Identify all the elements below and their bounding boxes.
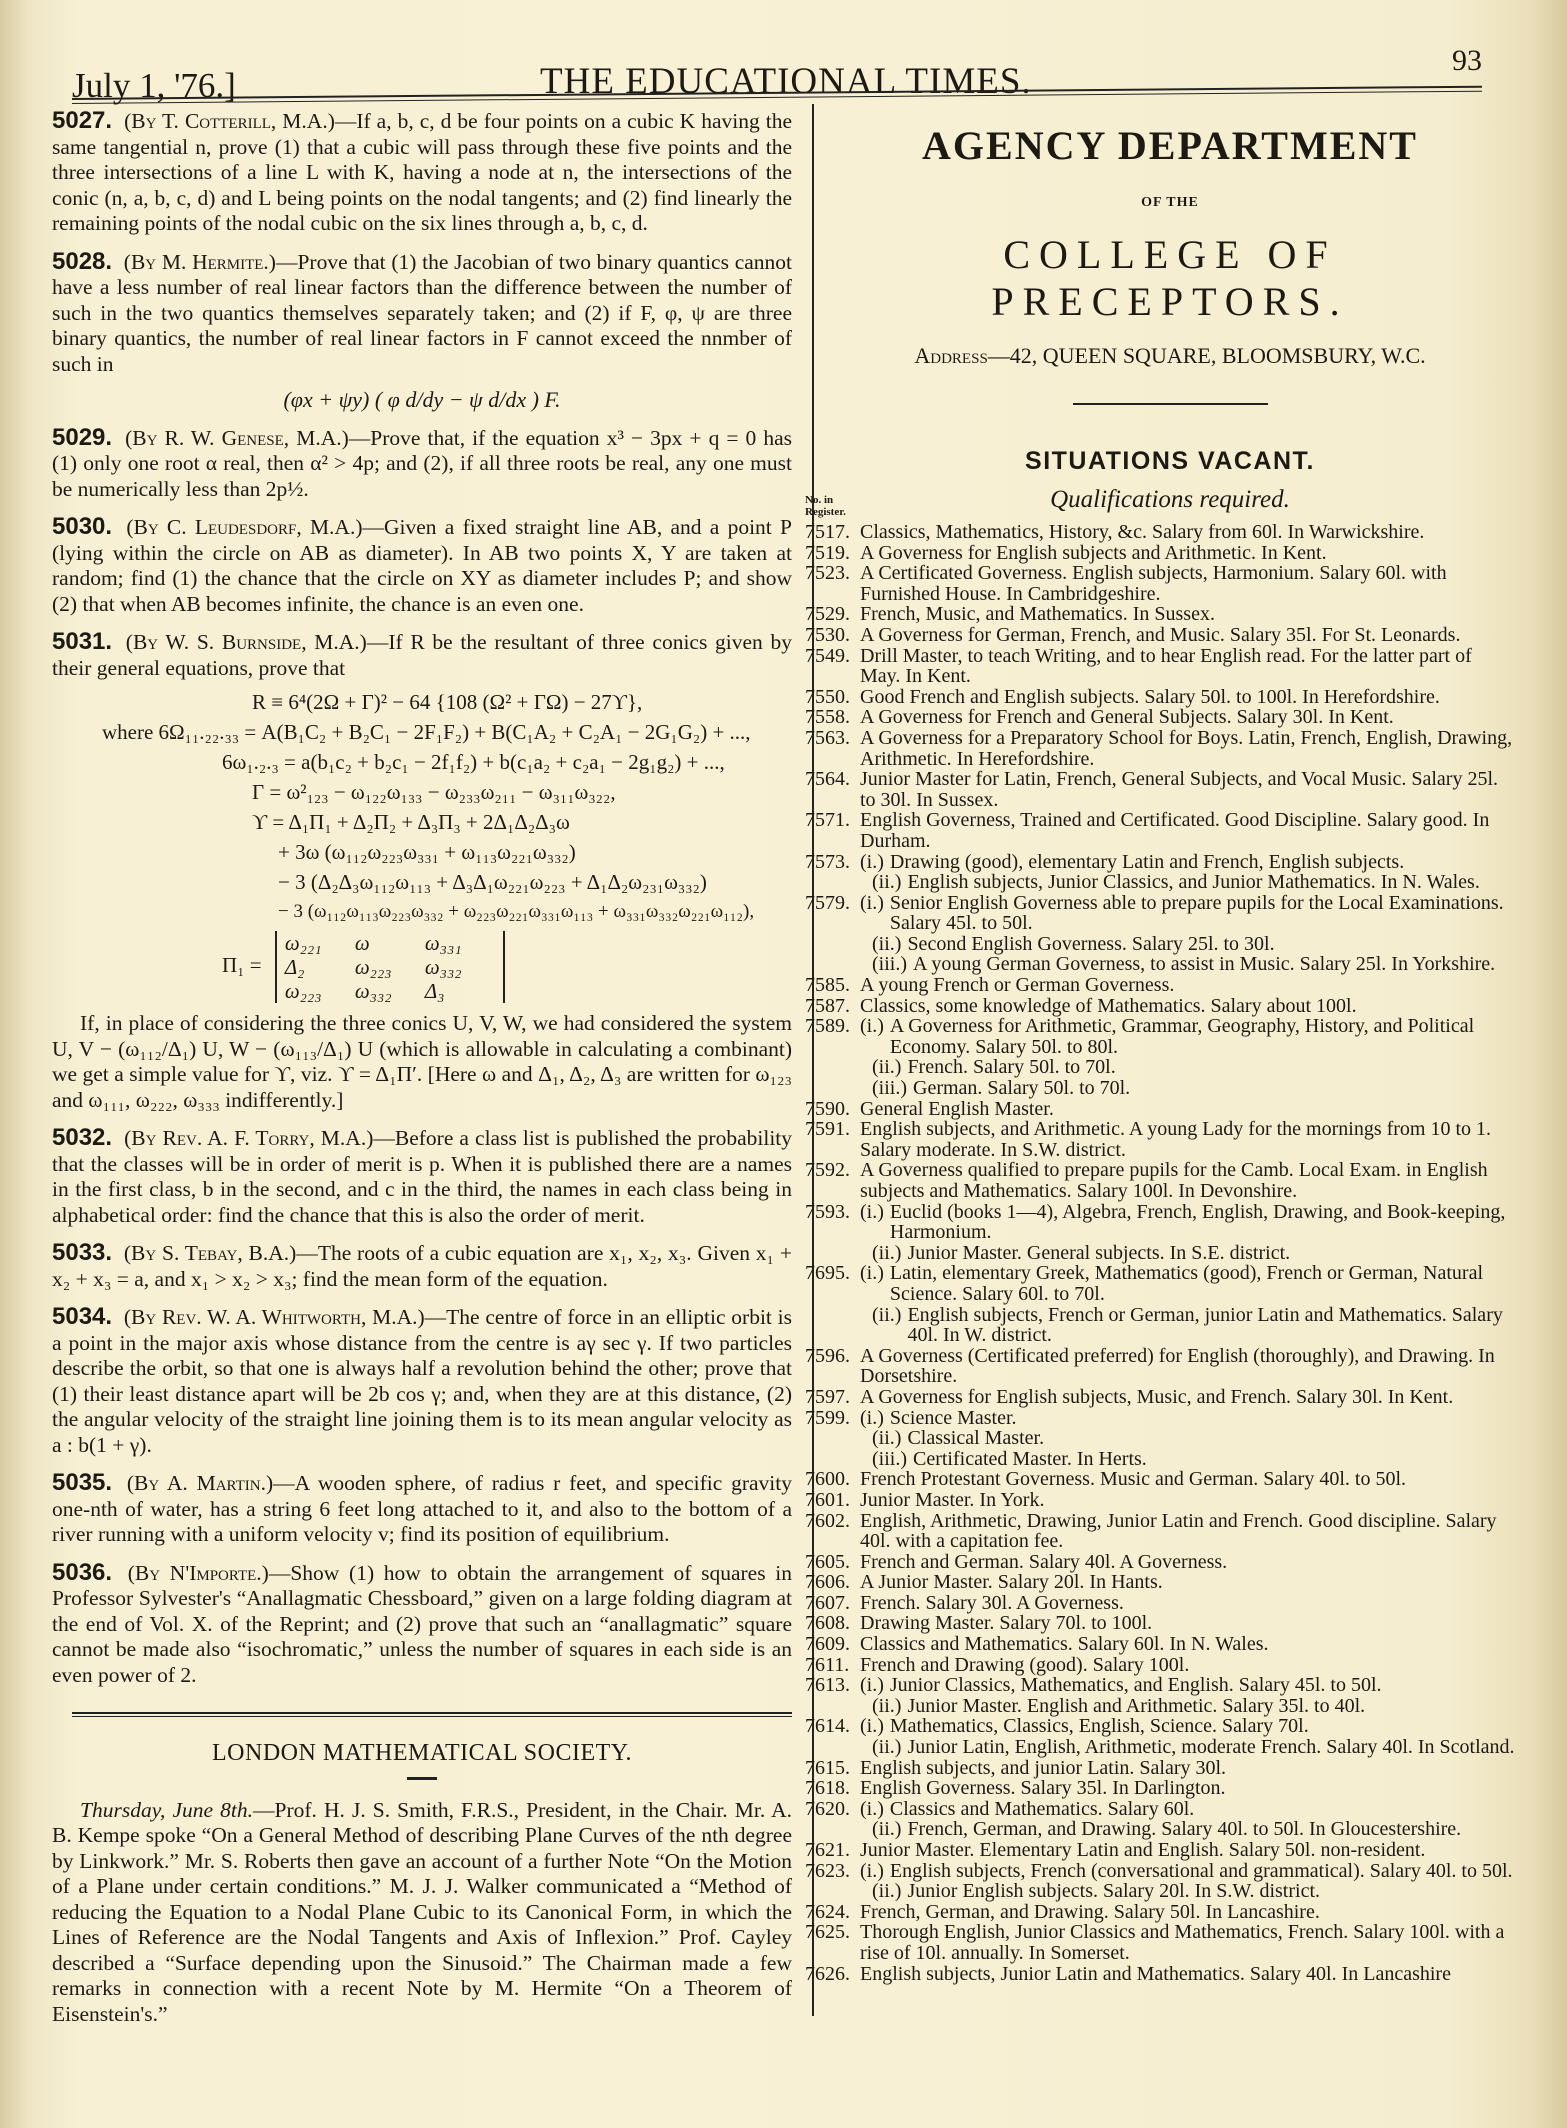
problem-number: 5035. [52,1469,112,1496]
register-number: 7621. [805,1840,860,1861]
subentry-label: (i.) [860,1716,884,1737]
equation-line: Γ = ω²₁₂₃ − ω₁₂₂ω₁₃₃ − ω₂₃₃ω₂₁₁ − ω₃₁₁ω₃… [52,777,792,807]
register-number: 7529. [805,604,860,625]
problem-note: If, in place of considering the three co… [52,1011,792,1113]
problem-author: (By R. W. Genese, M.A.) [125,426,349,450]
listing-entry: 7592.A Governess qualified to prepare pu… [805,1160,1515,1201]
listing-body: (i.)Science Master.(ii.)Classical Master… [860,1408,1515,1470]
subentry-label: (i.) [860,1861,884,1882]
listing-entry: 7530.A Governess for German, French, and… [805,625,1515,646]
register-number: 7606. [805,1572,860,1593]
agency-heading: AGENCY DEPARTMENT [825,122,1515,169]
listing-text: French and Drawing (good). Salary 100l. [860,1655,1515,1676]
page-number: 93 [1452,44,1482,78]
problem-5032: 5032. (By Rev. A. F. Torry, M.A.)—Before… [52,1125,792,1228]
listing-entry: 7607.French. Salary 30l. A Governess. [805,1593,1515,1614]
subentry-label: (ii.) [872,1428,901,1449]
register-number: 7589. [805,1016,860,1098]
listing-text: Drill Master, to teach Writing, and to h… [860,646,1515,687]
register-number: 7587. [805,996,860,1017]
listing-text: English subjects, Junior Latin and Mathe… [860,1964,1515,1985]
listing-entry: 7605.French and German. Salary 40l. A Go… [805,1552,1515,1573]
college-heading: COLLEGE OF PRECEPTORS. [825,231,1515,325]
problem-number: 5031. [52,628,112,655]
matrix-cell: Δ₂ [285,955,355,979]
problem-number: 5028. [52,248,112,275]
register-number: 7523. [805,563,860,604]
listing-body: (i.)Euclid (books 1—4), Algebra, French,… [860,1202,1515,1264]
listing-text: English subjects, and junior Latin. Sala… [860,1758,1515,1779]
subentry-text: English subjects, French (conversational… [890,1861,1513,1882]
register-number: 7600. [805,1469,860,1490]
matrix-cell: ω₃₃₂ [425,955,495,979]
problem-5034: 5034. (By Rev. W. A. Whitworth, M.A.)—Th… [52,1304,792,1458]
address-label: Address [914,343,987,368]
listing-body: French Protestant Governess. Music and G… [860,1469,1515,1490]
listing-body: Drill Master, to teach Writing, and to h… [860,646,1515,687]
problem-5033: 5033. (By S. Tebay, B.A.)—The roots of a… [52,1240,792,1292]
subentry-label: (ii.) [872,1696,901,1717]
listing-entry: 7599.(i.)Science Master.(ii.)Classical M… [805,1408,1515,1470]
listing-entry: 7602.English, Arithmetic, Drawing, Junio… [805,1511,1515,1552]
listing-body: Classics and Mathematics. Salary 60l. In… [860,1634,1515,1655]
subentry-text: French. Salary 50l. to 70l. [907,1057,1115,1078]
problem-number: 5034. [52,1303,112,1330]
listing-entry: 7611.French and Drawing (good). Salary 1… [805,1655,1515,1676]
address-line: Address—42, QUEEN SQUARE, BLOOMSBURY, W.… [825,343,1515,369]
listing-entry: 7695.(i.)Latin, elementary Greek, Mathem… [805,1263,1515,1345]
listing-subentry: (iii.)A young German Governess, to assis… [860,954,1515,975]
listing-text: Junior Master. In York. [860,1490,1515,1511]
register-number: 7602. [805,1511,860,1552]
listing-body: Thorough English, Junior Classics and Ma… [860,1922,1515,1963]
listing-body: A Governess for French and General Subje… [860,707,1515,728]
listing-subentry: (i.)Latin, elementary Greek, Mathematics… [860,1263,1515,1304]
problem-author: (By C. Leudesdorf, M.A.) [126,515,362,539]
subentry-label: (i.) [860,1675,884,1696]
listing-entry: 7597.A Governess for English subjects, M… [805,1387,1515,1408]
register-number: 7618. [805,1778,860,1799]
subentry-text: English subjects, French or German, juni… [907,1305,1515,1346]
register-number: 7517. [805,522,860,543]
register-number: 7609. [805,1634,860,1655]
meeting-text: —Prof. H. J. S. Smith, F.R.S., President… [52,1798,792,2026]
listing-entry: 7591.English subjects, and Arithmetic. A… [805,1119,1515,1160]
register-number: 7615. [805,1758,860,1779]
listing-subentry: (ii.)Classical Master. [860,1428,1515,1449]
listing-entry: 7587.Classics, some knowledge of Mathema… [805,996,1515,1017]
determinant-matrix: ω₂₂₁ ω ω₃₃₁ Δ₂ ω₂₂₃ ω₃₃₂ ω₂₂₃ ω₃₃₂ Δ₃ [275,931,505,1003]
listing-text: English Governess, Trained and Certifica… [860,810,1515,851]
listing-body: A Governess qualified to prepare pupils … [860,1160,1515,1201]
subentry-label: (ii.) [872,1881,901,1902]
subentry-label: (i.) [860,893,884,934]
listing-entry: 7517.Classics, Mathematics, History, &c.… [805,522,1515,543]
listing-text: A Governess for French and General Subje… [860,707,1515,728]
listing-entry: 7606.A Junior Master. Salary 20l. In Han… [805,1572,1515,1593]
matrix-cell: ω₂₂₃ [285,979,355,1003]
register-number: 7590. [805,1099,860,1120]
problem-5035: 5035. (By A. Martin.)—A wooden sphere, o… [52,1470,792,1548]
listing-subentry: (i.)Drawing (good), elementary Latin and… [860,852,1515,873]
listing-entry: 7615.English subjects, and junior Latin.… [805,1758,1515,1779]
listing-text: English subjects, and Arithmetic. A youn… [860,1119,1515,1160]
subentry-text: Classics and Mathematics. Salary 60l. [890,1799,1194,1820]
problem-author: (By Rev. W. A. Whitworth, M.A.) [124,1305,425,1329]
equation-line: where 6Ω₁₁.₂₂.₃₃ = A(B₁C₂ + B₂C₁ − 2F₁F₂… [52,717,792,747]
subentry-label: (ii.) [872,1243,901,1264]
listing-subentry: (ii.)Junior Master. General subjects. In… [860,1243,1515,1264]
society-heading: LONDON MATHEMATICAL SOCIETY. [52,1741,792,1767]
listing-entry: 7593.(i.)Euclid (books 1—4), Algebra, Fr… [805,1202,1515,1264]
subentry-label: (ii.) [872,1737,901,1758]
listing-subentry: (ii.)English subjects, French or German,… [860,1305,1515,1346]
listing-text: A Governess qualified to prepare pupils … [860,1160,1515,1201]
listing-entry: 7614.(i.)Mathematics, Classics, English,… [805,1716,1515,1757]
register-number: 7550. [805,687,860,708]
listing-text: Classics, some knowledge of Mathematics.… [860,996,1515,1017]
register-number: 7563. [805,728,860,769]
listing-entry: 7621.Junior Master. Elementary Latin and… [805,1840,1515,1861]
equation-line: 6ω₁.₂.₃ = a(b₁c₂ + b₂c₁ − 2f₁f₂) + b(c₁a… [52,747,792,777]
listing-entry: 7613.(i.)Junior Classics, Mathematics, a… [805,1675,1515,1716]
listing-body: (i.)Classics and Mathematics. Salary 60l… [860,1799,1515,1840]
subentry-text: Certificated Master. In Herts. [913,1449,1147,1470]
subentry-text: Junior Latin, English, Arithmetic, moder… [907,1737,1514,1758]
listing-text: Thorough English, Junior Classics and Ma… [860,1922,1515,1963]
listing-text: Classics, Mathematics, History, &c. Sala… [860,522,1515,543]
listing-body: French, Music, and Mathematics. In Susse… [860,604,1515,625]
matrix-cell: ω [355,931,425,955]
subentry-text: A young German Governess, to assist in M… [913,954,1495,975]
problem-5028: 5028. (By M. Hermite.)—Prove that (1) th… [52,249,792,413]
problem-number: 5029. [52,424,112,451]
register-number: 7605. [805,1552,860,1573]
subentry-text: Junior English subjects. Salary 20l. In … [907,1881,1320,1902]
subentry-text: Science Master. [890,1408,1017,1429]
listing-entry: 7519.A Governess for English subjects an… [805,543,1515,564]
problem-author: (By A. Martin.) [127,1471,273,1495]
subentry-label: (iii.) [872,1449,907,1470]
section-double-rule [72,1712,792,1717]
listing-body: Classics, some knowledge of Mathematics.… [860,996,1515,1017]
listing-body: (i.)Senior English Governess able to pre… [860,893,1515,975]
subentry-label: (iii.) [872,1078,907,1099]
subentry-text: English subjects, Junior Classics, and J… [907,872,1479,893]
listing-body: French and Drawing (good). Salary 100l. [860,1655,1515,1676]
subentry-text: Second English Governess. Salary 25l. to… [907,934,1274,955]
listing-body: English subjects, Junior Latin and Mathe… [860,1964,1515,1985]
register-number: 7623. [805,1861,860,1902]
subentry-label: (ii.) [872,1819,901,1840]
problem-5027: 5027. (By T. Cotterill, M.A.)—If a, b, c… [52,108,792,237]
short-rule [407,1777,437,1780]
listing-entry: 7523.A Certificated Governess. English s… [805,563,1515,604]
listing-entry: 7600.French Protestant Governess. Music … [805,1469,1515,1490]
subentry-text: German. Salary 50l. to 70l. [913,1078,1130,1099]
problem-number: 5033. [52,1239,112,1266]
subentry-text: Euclid (books 1—4), Algebra, French, Eng… [890,1202,1515,1243]
listing-text: English, Arithmetic, Drawing, Junior Lat… [860,1511,1515,1552]
listing-text: A Governess (Certificated preferred) for… [860,1346,1515,1387]
determinant-equation: Π₁ = ω₂₂₁ ω ω₃₃₁ Δ₂ ω₂₂₃ ω₃₃₂ ω₂₂₃ ω₃₃₂ … [52,931,792,1003]
listing-subentry: (i.)Euclid (books 1—4), Algebra, French,… [860,1202,1515,1243]
listing-body: English, Arithmetic, Drawing, Junior Lat… [860,1511,1515,1552]
subentry-text: Junior Classics, Mathematics, and Englis… [890,1675,1382,1696]
register-number: 7564. [805,769,860,810]
subentry-label: (i.) [860,1263,884,1304]
listing-body: Classics, Mathematics, History, &c. Sala… [860,522,1515,543]
listing-text: A Governess for a Preparatory School for… [860,728,1515,769]
listing-text: A Junior Master. Salary 20l. In Hants. [860,1572,1515,1593]
subentry-text: Latin, elementary Greek, Mathematics (go… [890,1263,1515,1304]
listing-entry: 7589.(i.)A Governess for Arithmetic, Gra… [805,1016,1515,1098]
listing-body: (i.)Mathematics, Classics, English, Scie… [860,1716,1515,1757]
agency-of-the: OF THE [825,195,1515,211]
listing-body: (i.)A Governess for Arithmetic, Grammar,… [860,1016,1515,1098]
register-number: 7597. [805,1387,860,1408]
equation-block: R ≡ 6⁴(2Ω + Γ)² − 64 {108 (Ω² + ΓΩ) − 27… [52,687,792,1003]
listing-subentry: (ii.)French. Salary 50l. to 70l. [860,1057,1515,1078]
subentry-text: Senior English Governess able to prepare… [890,893,1515,934]
agency-department-column: AGENCY DEPARTMENT OF THE COLLEGE OF PREC… [825,116,1515,1984]
listing-entry: 7618.English Governess. Salary 35l. In D… [805,1778,1515,1799]
equation-line: R ≡ 6⁴(2Ω + Γ)² − 64 {108 (Ω² + ΓΩ) − 27… [52,687,792,717]
listing-subentry: (ii.)Junior Latin, English, Arithmetic, … [860,1737,1515,1758]
register-number: 7558. [805,707,860,728]
listing-subentry: (ii.)Junior English subjects. Salary 20l… [860,1881,1515,1902]
subentry-label: (i.) [860,1799,884,1820]
listing-body: French and German. Salary 40l. A Governe… [860,1552,1515,1573]
listing-text: French and German. Salary 40l. A Governe… [860,1552,1515,1573]
listing-entry: 7625.Thorough English, Junior Classics a… [805,1922,1515,1963]
listing-body: Drawing Master. Salary 70l. to 100l. [860,1613,1515,1634]
register-number: 7592. [805,1160,860,1201]
listing-subentry: (ii.)English subjects, Junior Classics, … [860,872,1515,893]
register-number: 7571. [805,810,860,851]
listing-text: Good French and English subjects. Salary… [860,687,1515,708]
listing-text: Junior Master. Elementary Latin and Engl… [860,1840,1515,1861]
register-number: 7599. [805,1408,860,1470]
listing-text: French Protestant Governess. Music and G… [860,1469,1515,1490]
subentry-label: (i.) [860,852,884,873]
register-number: 7614. [805,1716,860,1757]
register-number: 7596. [805,1346,860,1387]
listing-text: French. Salary 30l. A Governess. [860,1593,1515,1614]
problem-author: (By T. Cotterill, M.A.) [124,109,335,133]
problem-5029: 5029. (By R. W. Genese, M.A.)—Prove that… [52,425,792,503]
register-number: 7695. [805,1263,860,1345]
listing-body: English Governess. Salary 35l. In Darlin… [860,1778,1515,1799]
listing-subentry: (iii.)German. Salary 50l. to 70l. [860,1078,1515,1099]
listing-entry: 7623.(i.)English subjects, French (conve… [805,1861,1515,1902]
listing-subentry: (ii.)French, German, and Drawing. Salary… [860,1819,1515,1840]
listing-body: A young French or German Governess. [860,975,1515,996]
listing-body: (i.)Latin, elementary Greek, Mathematics… [860,1263,1515,1345]
listing-entry: 7549.Drill Master, to teach Writing, and… [805,646,1515,687]
register-number: 7613. [805,1675,860,1716]
listing-subentry: (iii.)Certificated Master. In Herts. [860,1449,1515,1470]
subentry-text: French, German, and Drawing. Salary 40l.… [907,1819,1461,1840]
problem-number: 5027. [52,107,112,134]
situations-list: 7517.Classics, Mathematics, History, &c.… [805,522,1515,1984]
problem-5036: 5036. (By N'Importe.)—Show (1) how to ob… [52,1560,792,1689]
problem-author: (By S. Tebay, B.A.) [124,1241,296,1265]
listing-body: English subjects, and junior Latin. Sala… [860,1758,1515,1779]
subentry-text: Junior Master. English and Arithmetic. S… [907,1696,1365,1717]
meeting-date: Thursday, June 8th. [80,1798,253,1822]
listing-text: A young French or German Governess. [860,975,1515,996]
listing-text: A Certificated Governess. English subjec… [860,563,1515,604]
listing-body: A Governess for English subjects and Ari… [860,543,1515,564]
listing-subentry: (ii.)Second English Governess. Salary 25… [860,934,1515,955]
register-number: 7530. [805,625,860,646]
listing-entry: 7626.English subjects, Junior Latin and … [805,1964,1515,1985]
register-number: 7585. [805,975,860,996]
listing-text: French, German, and Drawing. Salary 50l.… [860,1902,1515,1923]
problem-5030: 5030. (By C. Leudesdorf, M.A.)—Given a f… [52,514,792,617]
listing-body: General English Master. [860,1099,1515,1120]
register-number: 7573. [805,852,860,893]
subentry-text: Drawing (good), elementary Latin and Fre… [890,852,1404,873]
equation-line: + 3ω (ω₁₁₂ω₂₂₃ω₃₃₁ + ω₁₁₃ω₂₂₁ω₃₃₂) [52,837,792,867]
subentry-label: (i.) [860,1408,884,1429]
listing-body: A Governess for German, French, and Musi… [860,625,1515,646]
subentry-text: A Governess for Arithmetic, Grammar, Geo… [890,1016,1515,1057]
listing-subentry: (i.)Mathematics, Classics, English, Scie… [860,1716,1515,1737]
subentry-label: (i.) [860,1202,884,1243]
subentry-label: (iii.) [872,954,907,975]
subentry-text: Junior Master. General subjects. In S.E.… [907,1243,1290,1264]
listing-entry: 7564.Junior Master for Latin, French, Ge… [805,769,1515,810]
listing-entry: 7529.French, Music, and Mathematics. In … [805,604,1515,625]
listing-text: Junior Master for Latin, French, General… [860,769,1515,810]
problem-author: (By M. Hermite.) [124,250,276,274]
listing-column-headings: No. in Register. Qualifications required… [825,486,1515,522]
listing-entry: 7620.(i.)Classics and Mathematics. Salar… [805,1799,1515,1840]
listing-subentry: (i.)Senior English Governess able to pre… [860,893,1515,934]
society-report: Thursday, June 8th.—Prof. H. J. S. Smith… [52,1798,792,2028]
listing-text: General English Master. [860,1099,1515,1120]
listing-subentry: (i.)Junior Classics, Mathematics, and En… [860,1675,1515,1696]
qualifications-heading: Qualifications required. [825,486,1515,514]
listing-body: (i.)Drawing (good), elementary Latin and… [860,852,1515,893]
listing-entry: 7601.Junior Master. In York. [805,1490,1515,1511]
listing-body: A Governess for English subjects, Music,… [860,1387,1515,1408]
mathematical-questions-column: 5027. (By T. Cotterill, M.A.)—If a, b, c… [52,108,792,2037]
listing-entry: 7608.Drawing Master. Salary 70l. to 100l… [805,1613,1515,1634]
problem-5031: 5031. (By W. S. Burnside, M.A.)—If R be … [52,629,792,1113]
listing-text: A Governess for English subjects, Music,… [860,1387,1515,1408]
matrix-cell: ω₂₂₁ [285,931,355,955]
register-number: 7607. [805,1593,860,1614]
listing-entry: 7590.General English Master. [805,1099,1515,1120]
listing-entry: 7558.A Governess for French and General … [805,707,1515,728]
listing-body: English subjects, and Arithmetic. A youn… [860,1119,1515,1160]
listing-body: Junior Master. In York. [860,1490,1515,1511]
subentry-label: (ii.) [872,872,901,893]
listing-text: A Governess for German, French, and Musi… [860,625,1515,646]
listing-subentry: (i.)English subjects, French (conversati… [860,1861,1515,1882]
listing-body: A Junior Master. Salary 20l. In Hants. [860,1572,1515,1593]
subentry-label: (ii.) [872,1305,901,1346]
subentry-label: (i.) [860,1016,884,1057]
equation: (φx + ψy) ( φ d/dy − ψ d/dx ) F. [52,387,792,413]
equation-line: − 3 (ω₁₁₂ω₁₁₃ω₂₂₃ω₃₃₂ + ω₂₂₃ω₂₂₁ω₃₃₁ω₁₁₃… [52,897,792,927]
listing-body: A Governess (Certificated preferred) for… [860,1346,1515,1387]
subentry-label: (ii.) [872,1057,901,1078]
listing-subentry: (ii.)Junior Master. English and Arithmet… [860,1696,1515,1717]
listing-entry: 7596.A Governess (Certificated preferred… [805,1346,1515,1387]
listing-entry: 7579.(i.)Senior English Governess able t… [805,893,1515,975]
listing-body: A Governess for a Preparatory School for… [860,728,1515,769]
listing-entry: 7609.Classics and Mathematics. Salary 60… [805,1634,1515,1655]
listing-subentry: (i.)A Governess for Arithmetic, Grammar,… [860,1016,1515,1057]
listing-body: A Certificated Governess. English subjec… [860,563,1515,604]
listing-text: A Governess for English subjects and Ari… [860,543,1515,564]
listing-body: French. Salary 30l. A Governess. [860,1593,1515,1614]
determinant-label: Π₁ = [222,953,262,977]
equation-line: ϒ = Δ₁Π₁ + Δ₂Π₂ + Δ₃Π₃ + 2Δ₁Δ₂Δ₃ω [52,807,792,837]
problem-author: (By W. S. Burnside, M.A.) [126,630,367,654]
register-number: 7625. [805,1922,860,1963]
register-number: 7601. [805,1490,860,1511]
listing-entry: 7563.A Governess for a Preparatory Schoo… [805,728,1515,769]
matrix-cell: ω₃₃₂ [355,979,425,1003]
register-number: 7591. [805,1119,860,1160]
register-number: 7611. [805,1655,860,1676]
listing-text: English Governess. Salary 35l. In Darlin… [860,1778,1515,1799]
register-number: 7549. [805,646,860,687]
listing-text: Drawing Master. Salary 70l. to 100l. [860,1613,1515,1634]
problem-author: (By N'Importe.) [128,1561,269,1585]
listing-subentry: (i.)Science Master. [860,1408,1515,1429]
listing-text: French, Music, and Mathematics. In Susse… [860,604,1515,625]
listing-body: Junior Master for Latin, French, General… [860,769,1515,810]
subentry-text: Mathematics, Classics, English, Science.… [890,1716,1309,1737]
address-value: —42, QUEEN SQUARE, BLOOMSBURY, W.C. [988,343,1426,368]
equation-line: − 3 (Δ₂Δ₃ω₁₁₂ω₁₁₃ + Δ₃Δ₁ω₂₂₁ω₂₂₃ + Δ₁Δ₂ω… [52,867,792,897]
matrix-cell: ω₃₃₁ [425,931,495,955]
listing-body: (i.)English subjects, French (conversati… [860,1861,1515,1902]
matrix-cell: ω₂₂₃ [355,955,425,979]
register-number: 7624. [805,1902,860,1923]
listing-body: (i.)Junior Classics, Mathematics, and En… [860,1675,1515,1716]
listing-subentry: (i.)Classics and Mathematics. Salary 60l… [860,1799,1515,1820]
listing-entry: 7573.(i.)Drawing (good), elementary Lati… [805,852,1515,893]
listing-entry: 7585.A young French or German Governess. [805,975,1515,996]
register-number: 7519. [805,543,860,564]
subentry-label: (ii.) [872,934,901,955]
listing-entry: 7624.French, German, and Drawing. Salary… [805,1902,1515,1923]
listing-body: Good French and English subjects. Salary… [860,687,1515,708]
register-number: 7579. [805,893,860,975]
register-number: 7626. [805,1964,860,1985]
situations-vacant-heading: SITUATIONS VACANT. [825,447,1515,476]
problem-number: 5030. [52,513,112,540]
listing-entry: 7571.English Governess, Trained and Cert… [805,810,1515,851]
problem-number: 5032. [52,1124,112,1151]
short-rule [1073,403,1268,405]
register-number: 7593. [805,1202,860,1264]
listing-body: English Governess, Trained and Certifica… [860,810,1515,851]
subentry-text: Classical Master. [907,1428,1044,1449]
register-number: 7608. [805,1613,860,1634]
register-number: 7620. [805,1799,860,1840]
problem-number: 5036. [52,1559,112,1586]
listing-body: French, German, and Drawing. Salary 50l.… [860,1902,1515,1923]
listing-body: Junior Master. Elementary Latin and Engl… [860,1840,1515,1861]
